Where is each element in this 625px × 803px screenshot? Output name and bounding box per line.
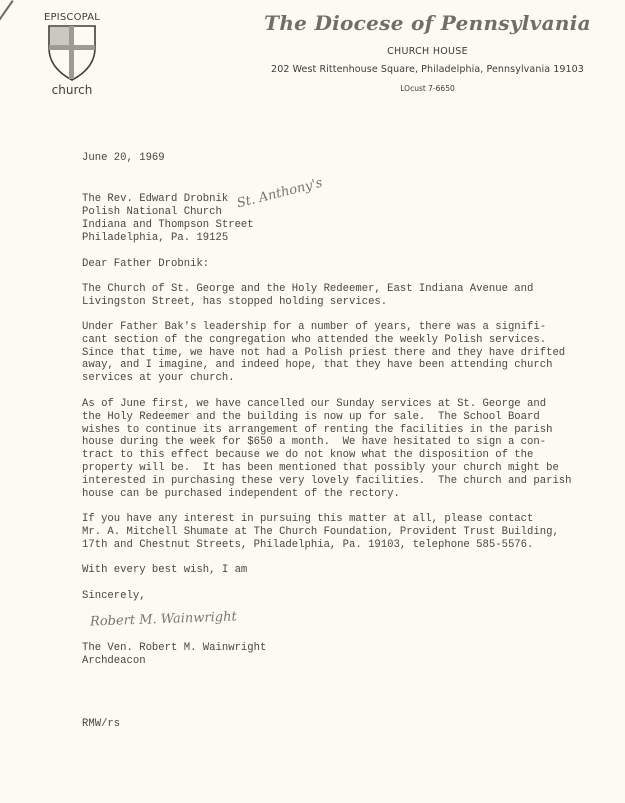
typist-initials: RMW/rs xyxy=(82,718,120,731)
signature: Robert M. Wainwright xyxy=(90,609,237,629)
recipient-line-3: Indiana and Thompson Street xyxy=(82,219,254,232)
diocese-title: The Diocese of Pennsylvania xyxy=(230,8,625,38)
church-house-label: CHURCH HOUSE xyxy=(230,46,625,57)
letterhead-address: 202 West Rittenhouse Square, Philadelphi… xyxy=(230,64,625,75)
signer-title: Archdeacon xyxy=(82,655,146,668)
episcopal-logo: EPISCOPAL church xyxy=(42,12,102,97)
logo-bottom-word: church xyxy=(42,83,102,97)
episcopal-shield-icon xyxy=(47,24,97,82)
signer-name: The Ven. Robert M. Wainwright xyxy=(82,642,266,655)
logo-top-word: EPISCOPAL xyxy=(42,12,102,24)
paragraph-3: As of June first, we have cancelled our … xyxy=(82,398,572,500)
letterhead: The Diocese of Pennsylvania CHURCH HOUSE… xyxy=(230,8,625,93)
paragraph-1: The Church of St. George and the Holy Re… xyxy=(82,283,533,309)
salutation: Dear Father Drobnik: xyxy=(82,258,209,271)
letterhead-phone: LOcust 7-6650 xyxy=(230,84,625,93)
closing-line: With every best wish, I am xyxy=(82,564,247,577)
paragraph-4: If you have any interest in pursuing thi… xyxy=(82,513,559,551)
recipient-line-4: Philadelphia, Pa. 19125 xyxy=(82,232,228,245)
recipient-line-2: Polish National Church xyxy=(82,206,222,219)
recipient-line-1: The Rev. Edward Drobnik xyxy=(82,193,228,206)
handwritten-note: St. Anthony's xyxy=(235,176,324,212)
paragraph-2: Under Father Bak's leadership for a numb… xyxy=(82,321,565,385)
closing: Sincerely, xyxy=(82,590,146,603)
corner-pen-mark xyxy=(0,0,14,22)
letter-date: June 20, 1969 xyxy=(82,152,165,165)
